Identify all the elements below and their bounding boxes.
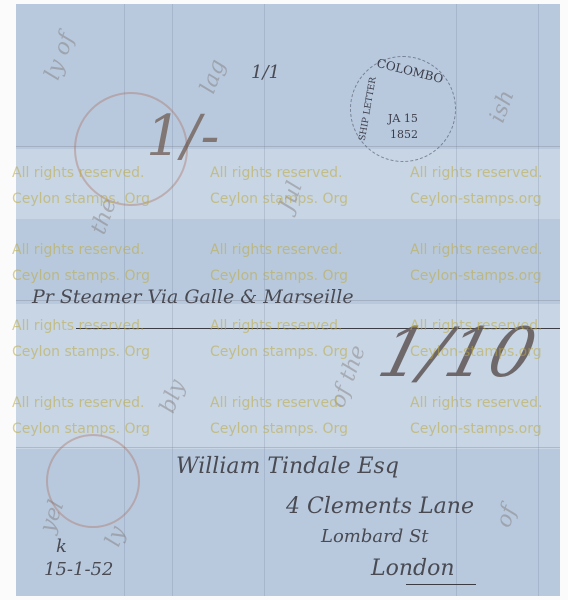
- watermark-text: Ceylon stamps. Org: [12, 192, 150, 206]
- watermark-text: All rights reserved.: [12, 243, 144, 257]
- watermark-text: All rights reserved.: [410, 243, 542, 257]
- watermark-text: All rights reserved.: [12, 319, 144, 333]
- watermark-text: All rights reserved.: [210, 166, 342, 180]
- red-postmark: [46, 434, 140, 528]
- watermark-text: Ceylon stamps. Org: [12, 269, 150, 283]
- address-line-3: Lombard St: [321, 526, 429, 547]
- watermark-text: Ceylon-stamps.org: [410, 422, 542, 436]
- watermark-text: Ceylon-stamps.org: [410, 269, 542, 283]
- watermark-text: All rights reserved.: [12, 166, 144, 180]
- postmark-year: 1852: [390, 128, 418, 141]
- charge-mark-large: 1/-: [146, 104, 219, 169]
- route-line: Pr Steamer Via Galle & Marseille: [32, 286, 354, 308]
- watermark-text: All rights reserved.: [410, 166, 542, 180]
- docket-date: 15-1-52: [44, 559, 113, 580]
- watermark-text: Ceylon stamps. Org: [210, 192, 348, 206]
- docket-initial: k: [56, 536, 67, 557]
- postmark-date: JA 15: [388, 112, 418, 125]
- watermark-text: Ceylon stamps. Org: [210, 269, 348, 283]
- watermark-text: Ceylon stamps. Org: [210, 422, 348, 436]
- letter-scan: ly of the lag Jul bly of the ish yel ly …: [16, 4, 560, 596]
- watermark-text: Ceylon stamps. Org: [12, 422, 150, 436]
- watermark-text: Ceylon-stamps.org: [410, 192, 542, 206]
- watermark-text: All rights reserved.: [12, 396, 144, 410]
- address-underline: [406, 584, 476, 585]
- address-line-2: 4 Clements Lane: [286, 494, 474, 519]
- watermark-text: All rights reserved.: [410, 319, 542, 333]
- address-line-1: William Tindale Esq: [176, 454, 399, 479]
- watermark-text: All rights reserved.: [210, 319, 342, 333]
- watermark-text: Ceylon-stamps.org: [410, 345, 542, 359]
- watermark-text: All rights reserved.: [210, 396, 342, 410]
- top-rate-mark: 1/1: [251, 62, 280, 83]
- address-line-4: London: [371, 556, 455, 581]
- watermark-text: All rights reserved.: [410, 396, 542, 410]
- watermark-text: Ceylon stamps. Org: [12, 345, 150, 359]
- watermark-text: Ceylon stamps. Org: [210, 345, 348, 359]
- watermark-text: All rights reserved.: [210, 243, 342, 257]
